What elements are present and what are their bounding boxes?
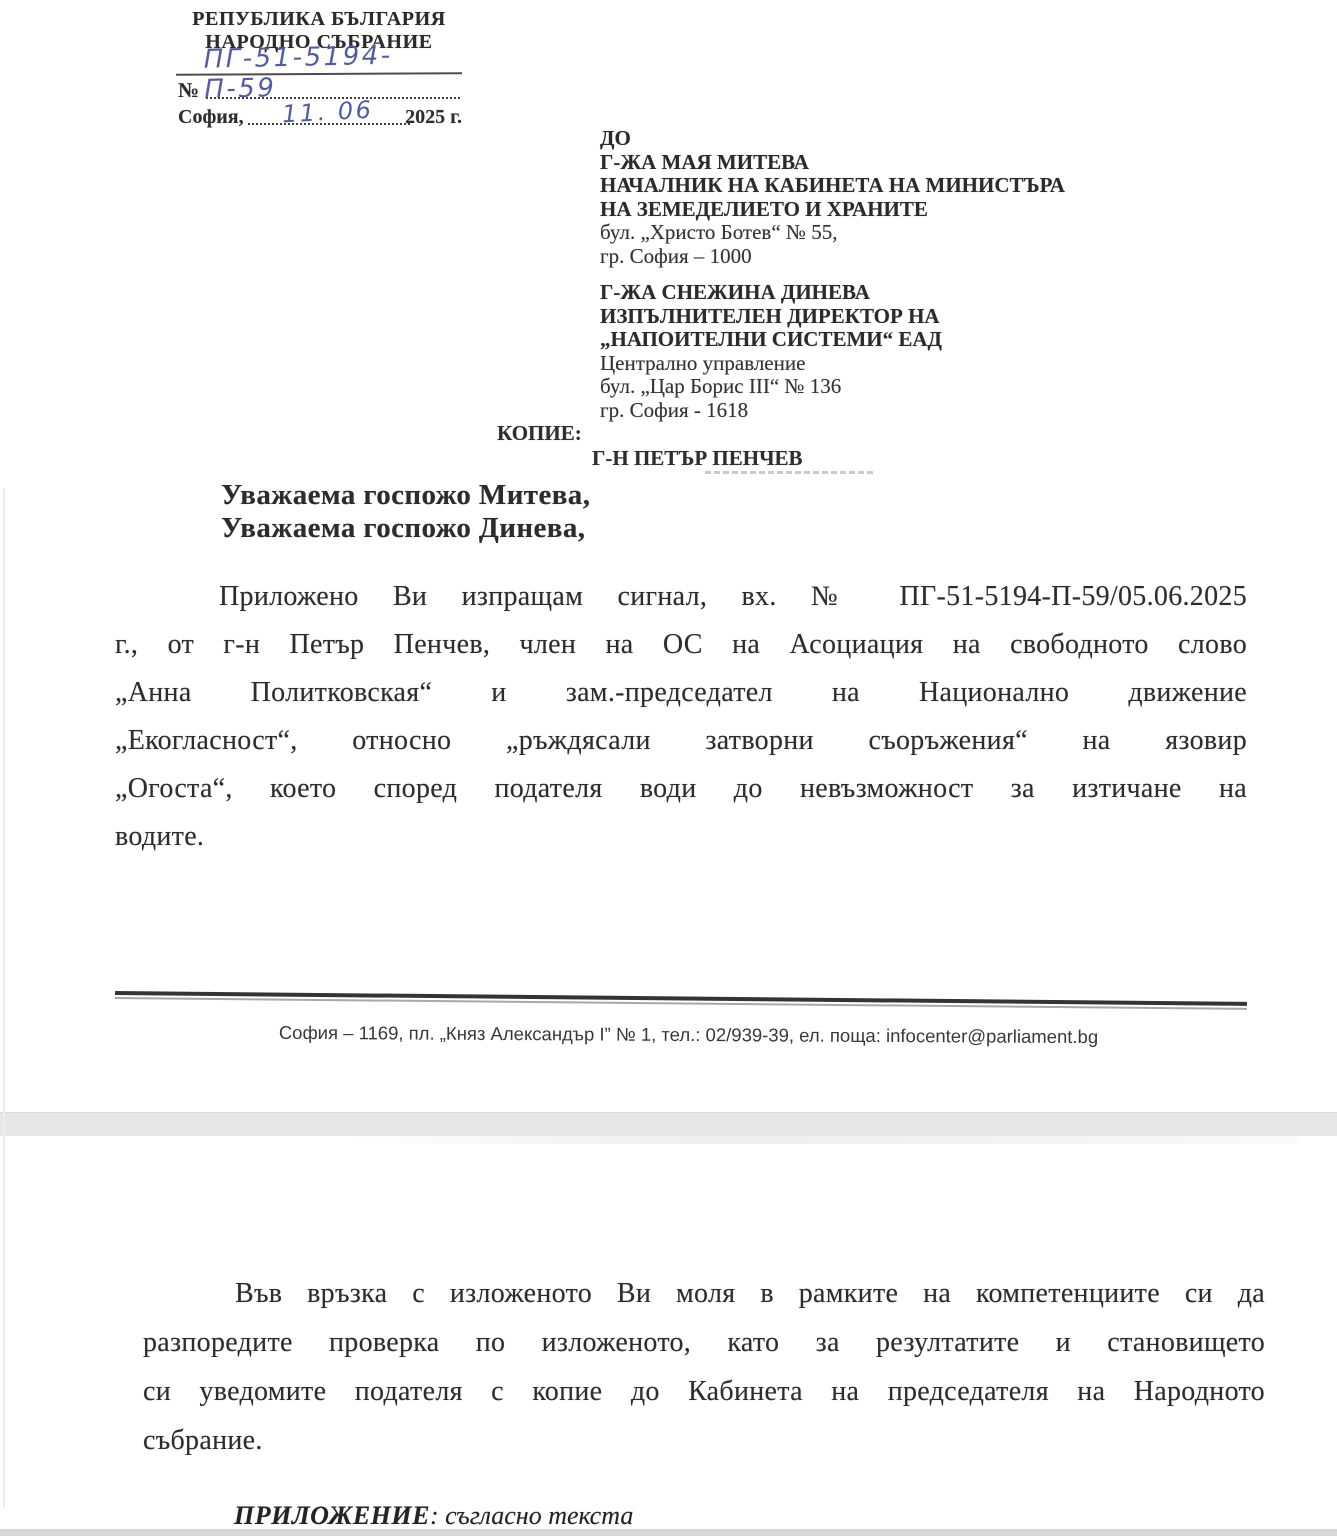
footer-contact-line: София – 1169, пл. „Княз Александър I” № … [20,1020,1337,1049]
recipient1-title-line1: НАЧАЛНИК НА КАБИНЕТА НА МИНИСТЪРА [600,174,1240,198]
scanned-letter-page: РЕПУБЛИКА БЪЛГАРИЯ НАРОДНО СЪБРАНИЕ № ПГ… [0,0,1337,1536]
ref-number-label: № [178,78,199,103]
body1-line: г., от г-н Петър Пенчев, член на ОС на А… [115,629,1247,677]
page-break-band [0,1112,1337,1136]
scan-streak-artifact [340,1136,1300,1144]
body2-line: разпоредите проверка по изложеното, като… [143,1327,1265,1376]
recipient1-name: Г-ЖА МАЯ МИТЕВА [600,151,1240,175]
recipient-block-primary: ДО Г-ЖА МАЯ МИТЕВА НАЧАЛНИК НА КАБИНЕТА … [600,127,1240,268]
attachment-line: ПРИЛОЖЕНИЕ: съгласно текста [234,1501,633,1531]
body2-line: Във връзка с изложеното Ви моля в рамкит… [143,1278,1265,1327]
body1-line: „Екогласност“, относно „ръждясали затвор… [115,725,1247,773]
year-label: 2025 г. [405,106,462,129]
recipient2-address-line1: Централно управление [600,352,1240,376]
city-date-row: София, 11. 06 2025 г. [178,103,462,130]
attachment-label: ПРИЛОЖЕНИЕ [234,1501,430,1530]
copy-recipient-name: Г-Н ПЕТЪР ПЕНЧЕВ [592,446,803,471]
recipient1-address-line1: бул. „Христо Ботев“ № 55, [600,221,1240,245]
salutation-line-2: Уважаема госпожо Динева, [221,512,590,545]
body1-line: „Анна Политковская“ и зам.-председател н… [115,677,1247,725]
recipient2-address-line2: бул. „Цар Борис III“ № 136 [600,375,1240,399]
recipient2-address-line3: гр. София - 1618 [600,399,1240,423]
body2-line: събрание. [143,1425,1265,1474]
recipient2-title-line1: ИЗПЪЛНИТЕЛЕН ДИРЕКТОР НА [600,305,1240,329]
salutation: Уважаема госпожо Митева, Уважаема госпож… [221,479,590,545]
body-paragraph-page1: Приложено Ви изпращам сигнал, вх. № ПГ-5… [115,581,1247,869]
recipient1-address-line2: гр. София – 1000 [600,245,1240,269]
ref-number-handwritten: ПГ-51-5194-П-59 [203,39,462,104]
recipient2-title-line2: „НАПОИТЕЛНИ СИСТЕМИ“ ЕАД [600,328,1240,352]
recipient1-title-line2: НА ЗЕМЕДЕЛИЕТО И ХРАНИТЕ [600,198,1240,222]
body1-line: водите. [115,821,1247,869]
scan-edge-artifact [3,488,5,1508]
footer-divider [115,991,1247,1010]
salutation-line-1: Уважаема госпожо Митева, [221,479,590,512]
recipient2-name: Г-ЖА СНЕЖИНА ДИНЕВА [600,281,1240,305]
republic-title: РЕПУБЛИКА БЪЛГАРИЯ [172,8,466,31]
bottom-crop-band [0,1529,1337,1536]
attachment-value: : съгласно текста [430,1501,633,1530]
cropped-text-artifact [705,471,873,474]
body2-line: си уведомите подателя с копие до Кабинет… [143,1376,1265,1425]
body1-line: „Огоста“, което според подателя води до … [115,773,1247,821]
date-handwritten: 11. 06 [281,96,374,129]
city-label: София, [178,106,244,129]
to-label: ДО [600,127,1240,151]
copy-label: КОПИЕ: [497,421,582,446]
body-paragraph-page2: Във връзка с изложеното Ви моля в рамкит… [143,1278,1265,1474]
body1-line: Приложено Ви изпращам сигнал, вх. № ПГ-5… [115,581,1247,629]
recipient-block-secondary: Г-ЖА СНЕЖИНА ДИНЕВА ИЗПЪЛНИТЕЛЕН ДИРЕКТО… [600,281,1240,422]
